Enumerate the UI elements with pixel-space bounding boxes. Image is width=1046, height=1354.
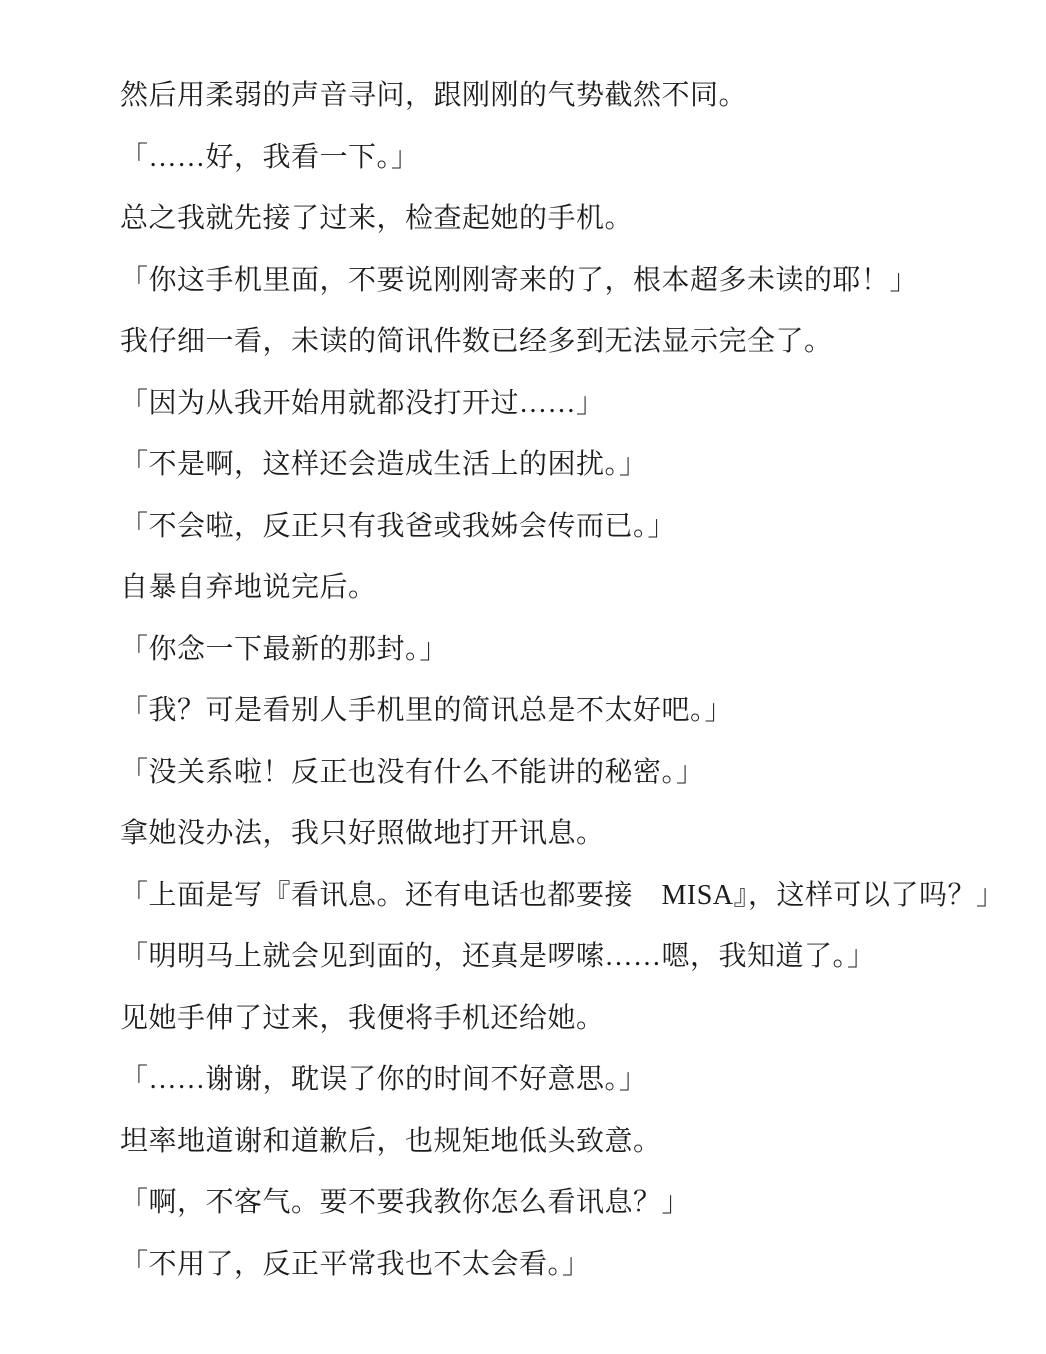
text-column: 然后用柔弱的声音寻问，跟刚刚的气势截然不同。「……好，我看一下。」总之我就先接了… (120, 82, 946, 1279)
paragraph: 拿她没办法，我只好照做地打开讯息。 (120, 820, 946, 849)
paragraph: 坦率地道谢和道歉后，也规矩地低头致意。 (120, 1128, 946, 1157)
paragraph: 「……谢谢，耽误了你的时间不好意思。」 (120, 1066, 946, 1095)
paragraph: 「因为从我开始用就都没打开过……」 (120, 390, 946, 419)
paragraph: 「上面是写『看讯息。还有电话也都要接 MISA』，这样可以了吗？」 (120, 882, 946, 911)
paragraph: 我仔细一看，未读的简讯件数已经多到无法显示完全了。 (120, 328, 946, 357)
paragraph: 「明明马上就会见到面的，还真是啰嗦……嗯，我知道了。」 (120, 943, 946, 972)
paragraph: 「不用了，反正平常我也不太会看。」 (120, 1251, 946, 1280)
paragraph: 「……好，我看一下。」 (120, 144, 946, 173)
paragraph: 见她手伸了过来，我便将手机还给她。 (120, 1005, 946, 1034)
paragraph: 「你念一下最新的那封。」 (120, 636, 946, 665)
paragraph: 然后用柔弱的声音寻问，跟刚刚的气势截然不同。 (120, 82, 946, 111)
paragraph: 「不是啊，这样还会造成生活上的困扰。」 (120, 451, 946, 480)
paragraph: 「你这手机里面，不要说刚刚寄来的了，根本超多未读的耶！」 (120, 267, 946, 296)
paragraph: 「不会啦，反正只有我爸或我姊会传而已。」 (120, 513, 946, 542)
paragraph: 总之我就先接了过来，检查起她的手机。 (120, 205, 946, 234)
novel-page: 然后用柔弱的声音寻问，跟刚刚的气势截然不同。「……好，我看一下。」总之我就先接了… (0, 0, 1046, 1354)
paragraph: 「啊，不客气。要不要我教你怎么看讯息？」 (120, 1189, 946, 1218)
paragraph: 自暴自弃地说完后。 (120, 574, 946, 603)
paragraph: 「没关系啦！反正也没有什么不能讲的秘密。」 (120, 759, 946, 788)
paragraph: 「我？可是看别人手机里的简讯总是不太好吧。」 (120, 697, 946, 726)
